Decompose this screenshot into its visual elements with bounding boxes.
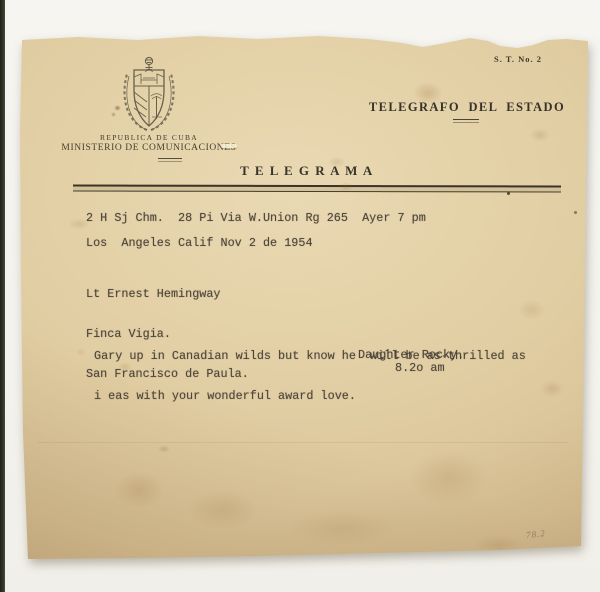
routing-line: 2 H Sj Chm. 28 Pi Via W.Union Rg 265 Aye… (86, 212, 426, 225)
time-received: 8.2o am (395, 362, 445, 375)
service-name: TELEGRAFO DEL ESTADO (367, 100, 567, 115)
stain (530, 128, 550, 142)
page-title: T E L E G R A M A (207, 163, 407, 179)
stain (158, 445, 170, 453)
stain (540, 380, 564, 398)
service-underline (453, 119, 479, 123)
ink-speck (507, 192, 510, 195)
stain (408, 450, 488, 505)
stain (111, 112, 116, 117)
crease-line (38, 442, 568, 443)
message-line: i eas with your wonderful award love. (94, 390, 526, 403)
telegram-paper: S. T. No. 2 (18, 32, 592, 560)
ministry-line: MINISTERIO DE COMUNICACIONES (59, 143, 239, 153)
stain (473, 535, 523, 555)
stain (188, 490, 258, 530)
telegram-scan: S. T. No. 2 (0, 0, 600, 592)
republic-line: REPUBLICA DE CUBA (59, 133, 239, 142)
message-body: Gary up in Canadian wilds but know he wi… (94, 323, 526, 430)
dateline: Los Angeles Calif Nov 2 de 1954 (86, 237, 313, 250)
form-number: S. T. No. 2 (473, 54, 563, 64)
ink-speck (574, 211, 577, 214)
ministry-underline (158, 158, 182, 162)
cuban-coat-of-arms-icon (117, 56, 181, 139)
stain (114, 472, 164, 508)
header-rule (73, 184, 561, 192)
stain (518, 300, 546, 320)
pencil-note: 78.2 (526, 528, 547, 540)
stain (76, 348, 86, 356)
stain (288, 510, 398, 546)
recipient-name: Lt Ernest Hemingway (86, 288, 249, 301)
